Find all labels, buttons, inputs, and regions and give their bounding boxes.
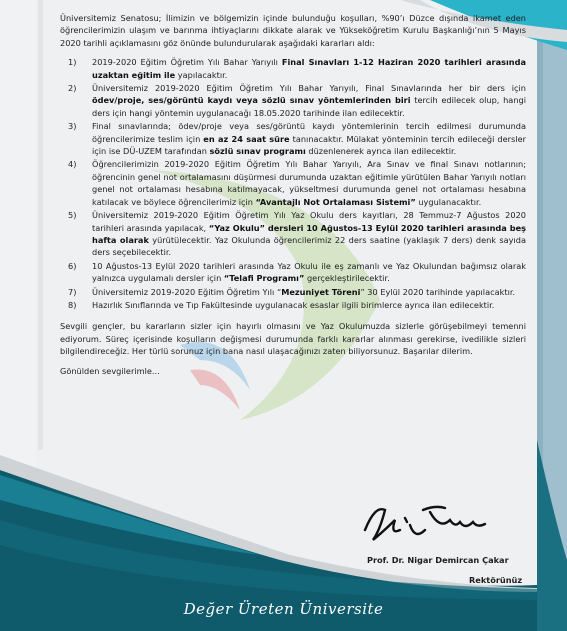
signer-title: Rektörünüz (469, 575, 522, 585)
signature-image (355, 500, 505, 550)
decision-item: 3)Final sınavlarında; ödev/proje veya se… (64, 120, 526, 157)
item-number: 2) (68, 82, 76, 94)
decision-item: 7)Üniversitemiz 2019-2020 Eğitim Öğretim… (64, 286, 526, 298)
decision-item: 2)Üniversitemiz 2019-2020 Eğitim Öğretim… (64, 82, 526, 119)
bold-text: “Avantajlı Not Ortalaması Sistemi” (256, 197, 416, 207)
item-text: Üniversitemiz 2019-2020 Eğitim Öğretim Y… (92, 287, 281, 297)
item-number: 6) (68, 260, 76, 272)
item-number: 1) (68, 56, 76, 68)
bold-text: Mezuniyet Töreni (281, 287, 360, 297)
bold-text: en az 24 saat süre (203, 134, 289, 144)
decision-item: 4)Öğrencilerimizin 2019-2020 Eğitim Öğre… (64, 158, 526, 208)
item-text: düzenlenerek ayrıca ilan edilecektir. (306, 146, 456, 156)
intro-paragraph: Üniversitemiz Senatosu; İlimizin ve bölg… (60, 12, 526, 49)
item-text: ” 30 Eylül 2020 tarihinde yapılacaktır. (360, 287, 515, 297)
item-text: 2019-2020 Eğitim Öğretim Yılı Bahar Yarı… (92, 57, 282, 67)
item-text: Hazırlık Sınıflarında ve Tıp Fakültesind… (92, 300, 494, 310)
bold-text: “Telafi Programı” (224, 273, 305, 283)
item-text: yürütülecektir. Yaz Okulunda öğrencileri… (92, 235, 526, 257)
decision-item: 6)10 Ağustos-13 Eylül 2020 tarihleri ara… (64, 260, 526, 285)
item-text: yapılacaktır. (175, 70, 227, 80)
item-text: gerçekleştirilecektir. (304, 273, 389, 283)
bold-text: ödev/proje, ses/görüntü kaydı veya sözlü… (92, 95, 411, 105)
bold-text: sözlü sınav programı (210, 146, 306, 156)
footer-slogan: Değer Üreten Üniversite (0, 600, 567, 618)
decision-item: 8)Hazırlık Sınıflarında ve Tıp Fakültesi… (64, 299, 526, 311)
item-number: 7) (68, 286, 76, 298)
greeting: Gönülden sevgilerimle... (60, 365, 526, 377)
item-number: 3) (68, 120, 76, 132)
decision-item: 5)Üniversitemiz 2019-2020 Eğitim Öğretim… (64, 209, 526, 259)
item-number: 5) (68, 209, 76, 221)
signer-name: Prof. Dr. Nigar Demircan Çakar (367, 555, 509, 565)
item-number: 4) (68, 158, 76, 170)
item-text: uygulanacaktır. (416, 197, 481, 207)
closing-paragraph: Sevgili gençler, bu kararların sizler iç… (60, 320, 526, 357)
decision-list: 1)2019-2020 Eğitim Öğretim Yılı Bahar Ya… (60, 56, 526, 311)
item-number: 8) (68, 299, 76, 311)
decision-item: 1)2019-2020 Eğitim Öğretim Yılı Bahar Ya… (64, 56, 526, 81)
letter-body: Üniversitemiz Senatosu; İlimizin ve bölg… (60, 12, 526, 377)
item-text: Üniversitemiz 2019-2020 Eğitim Öğretim Y… (92, 83, 526, 93)
